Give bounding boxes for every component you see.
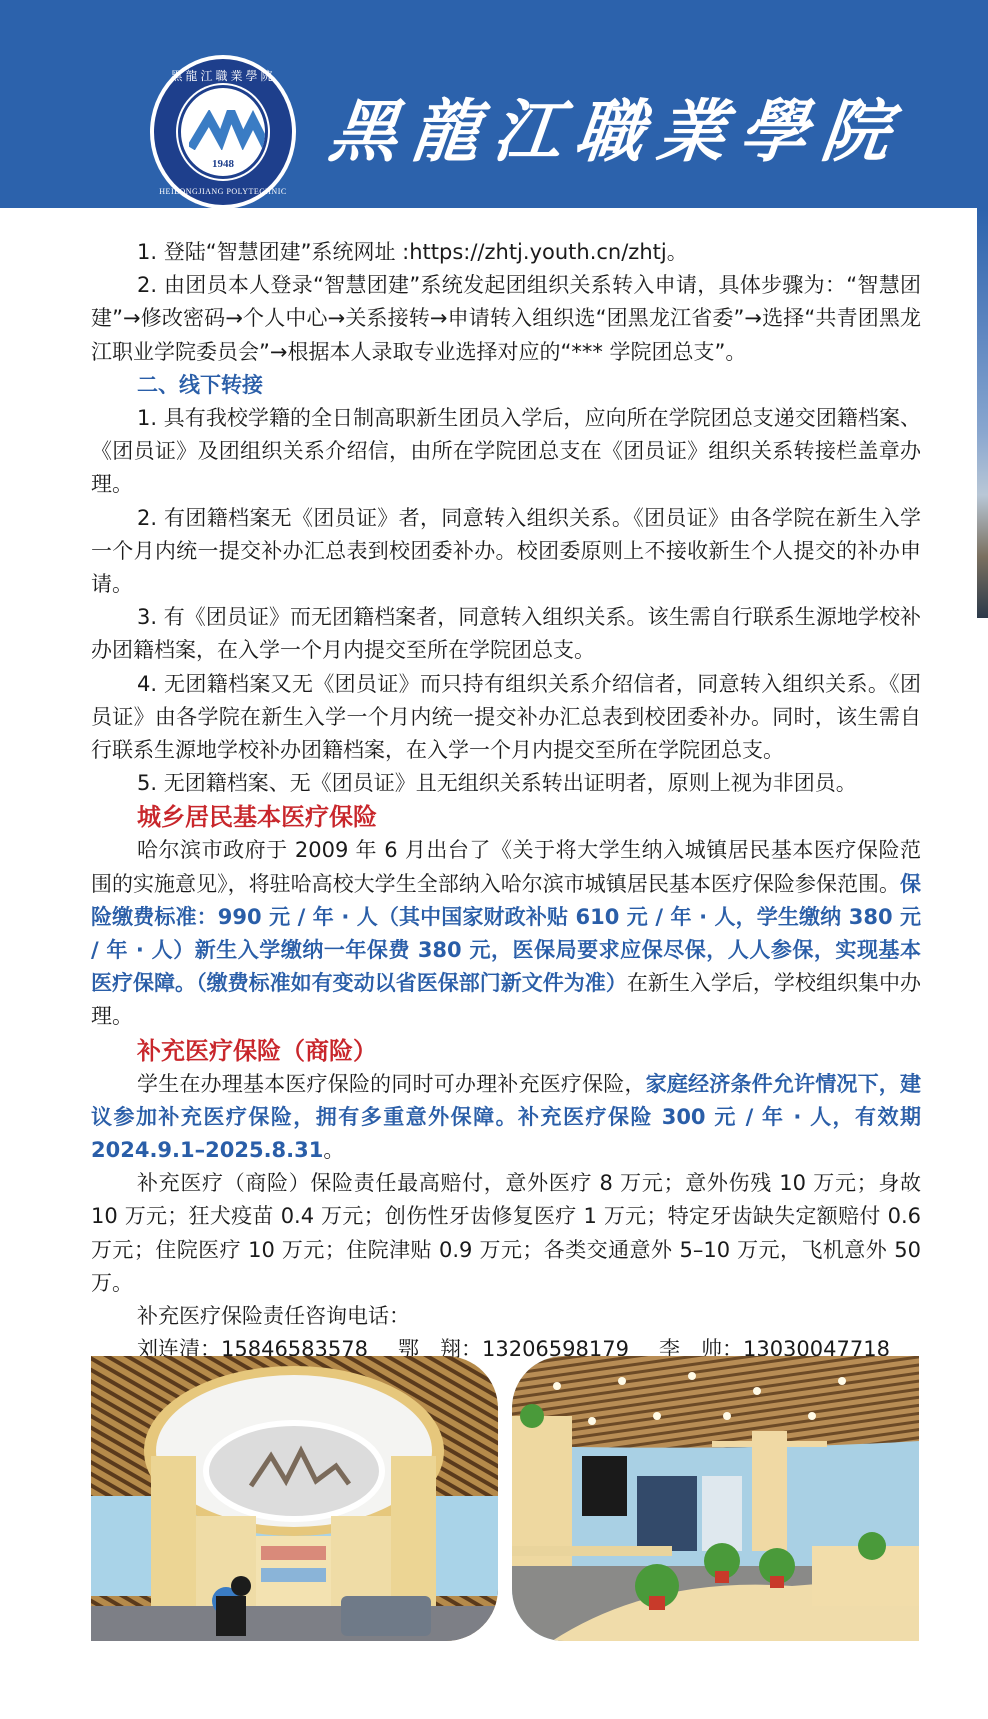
basic-insurance-intro: 哈尔滨市政府于 2009 年 6 月出台了《关于将大学生纳入城镇居民基本医疗保险… [91,838,921,895]
college-emblem-icon: 黑龍江職業學院 1948 HEILONGJIANG POLYTECHNIC [150,55,296,209]
study-hall-photo [512,1356,919,1641]
offline-item-1: 1. 具有我校学籍的全日制高职新生团员入学后，应向所在学院团总支递交团籍档案、《… [91,402,921,502]
mountain-mark-icon [189,110,268,150]
supplementary-intro-paragraph: 学生在办理基本医疗保险的同时可办理补充医疗保险，家庭经济条件允许情况下，建议参加… [91,1068,921,1168]
emblem-top-text: 黑龍江職業學院 [154,67,292,84]
online-step-1: 1. 登陆“智慧团建”系统网址 :https://zhtj.youth.cn/z… [91,236,921,269]
library-photo-illustration [91,1356,498,1641]
offline-item-3: 3. 有《团员证》而无团籍档案者，同意转入组织关系。该生需自行联系生源地学校补办… [91,601,921,667]
emblem-center: 1948 [178,85,268,179]
supplementary-coverage: 补充医疗（商险）保险责任最高赔付，意外医疗 8 万元；意外伤残 10 万元；身故… [91,1167,921,1300]
campus-building-photo-strip [977,208,988,618]
emblem-ring: 黑龍江職業學院 1948 HEILONGJIANG POLYTECHNIC [154,59,292,205]
emblem-year: 1948 [181,158,265,170]
library-reading-area-photo [91,1356,498,1641]
basic-insurance-paragraph: 哈尔滨市政府于 2009 年 6 月出台了《关于将大学生纳入城镇居民基本医疗保险… [91,834,921,1033]
supplementary-intro-tail: 。 [323,1138,344,1162]
offline-transfer-heading: 二、线下转接 [91,369,921,402]
college-header-banner: 黑龍江職業學院 1948 HEILONGJIANG POLYTECHNIC 黑龍… [0,0,988,208]
offline-item-5: 5. 无团籍档案、无《团员证》且无组织关系转出证明者，原则上视为非团员。 [91,767,921,800]
emblem-bottom-text: HEILONGJIANG POLYTECHNIC [154,187,292,196]
offline-item-4: 4. 无团籍档案又无《团员证》而只持有组织关系介绍信者，同意转入组织关系。《团员… [91,668,921,768]
college-name-title: 黑龍江職業學院 [325,78,910,178]
study-hall-photo-illustration [512,1356,919,1641]
online-step-2: 2. 由团员本人登录“智慧团建”系统发起团组织关系转入申请，具体步骤为：“智慧团… [91,269,921,369]
contact-label: 补充医疗保险责任咨询电话： [91,1300,921,1333]
basic-insurance-heading: 城乡居民基本医疗保险 [91,800,921,834]
article-body: 1. 登陆“智慧团建”系统网址 :https://zhtj.youth.cn/z… [91,236,921,1367]
offline-item-2: 2. 有团籍档案无《团员证》者，同意转入组织关系。《团员证》由各学院在新生入学一… [91,502,921,602]
supplementary-intro: 学生在办理基本医疗保险的同时可办理补充医疗保险， [137,1072,646,1096]
supplementary-insurance-heading: 补充医疗保险（商险） [91,1034,921,1068]
